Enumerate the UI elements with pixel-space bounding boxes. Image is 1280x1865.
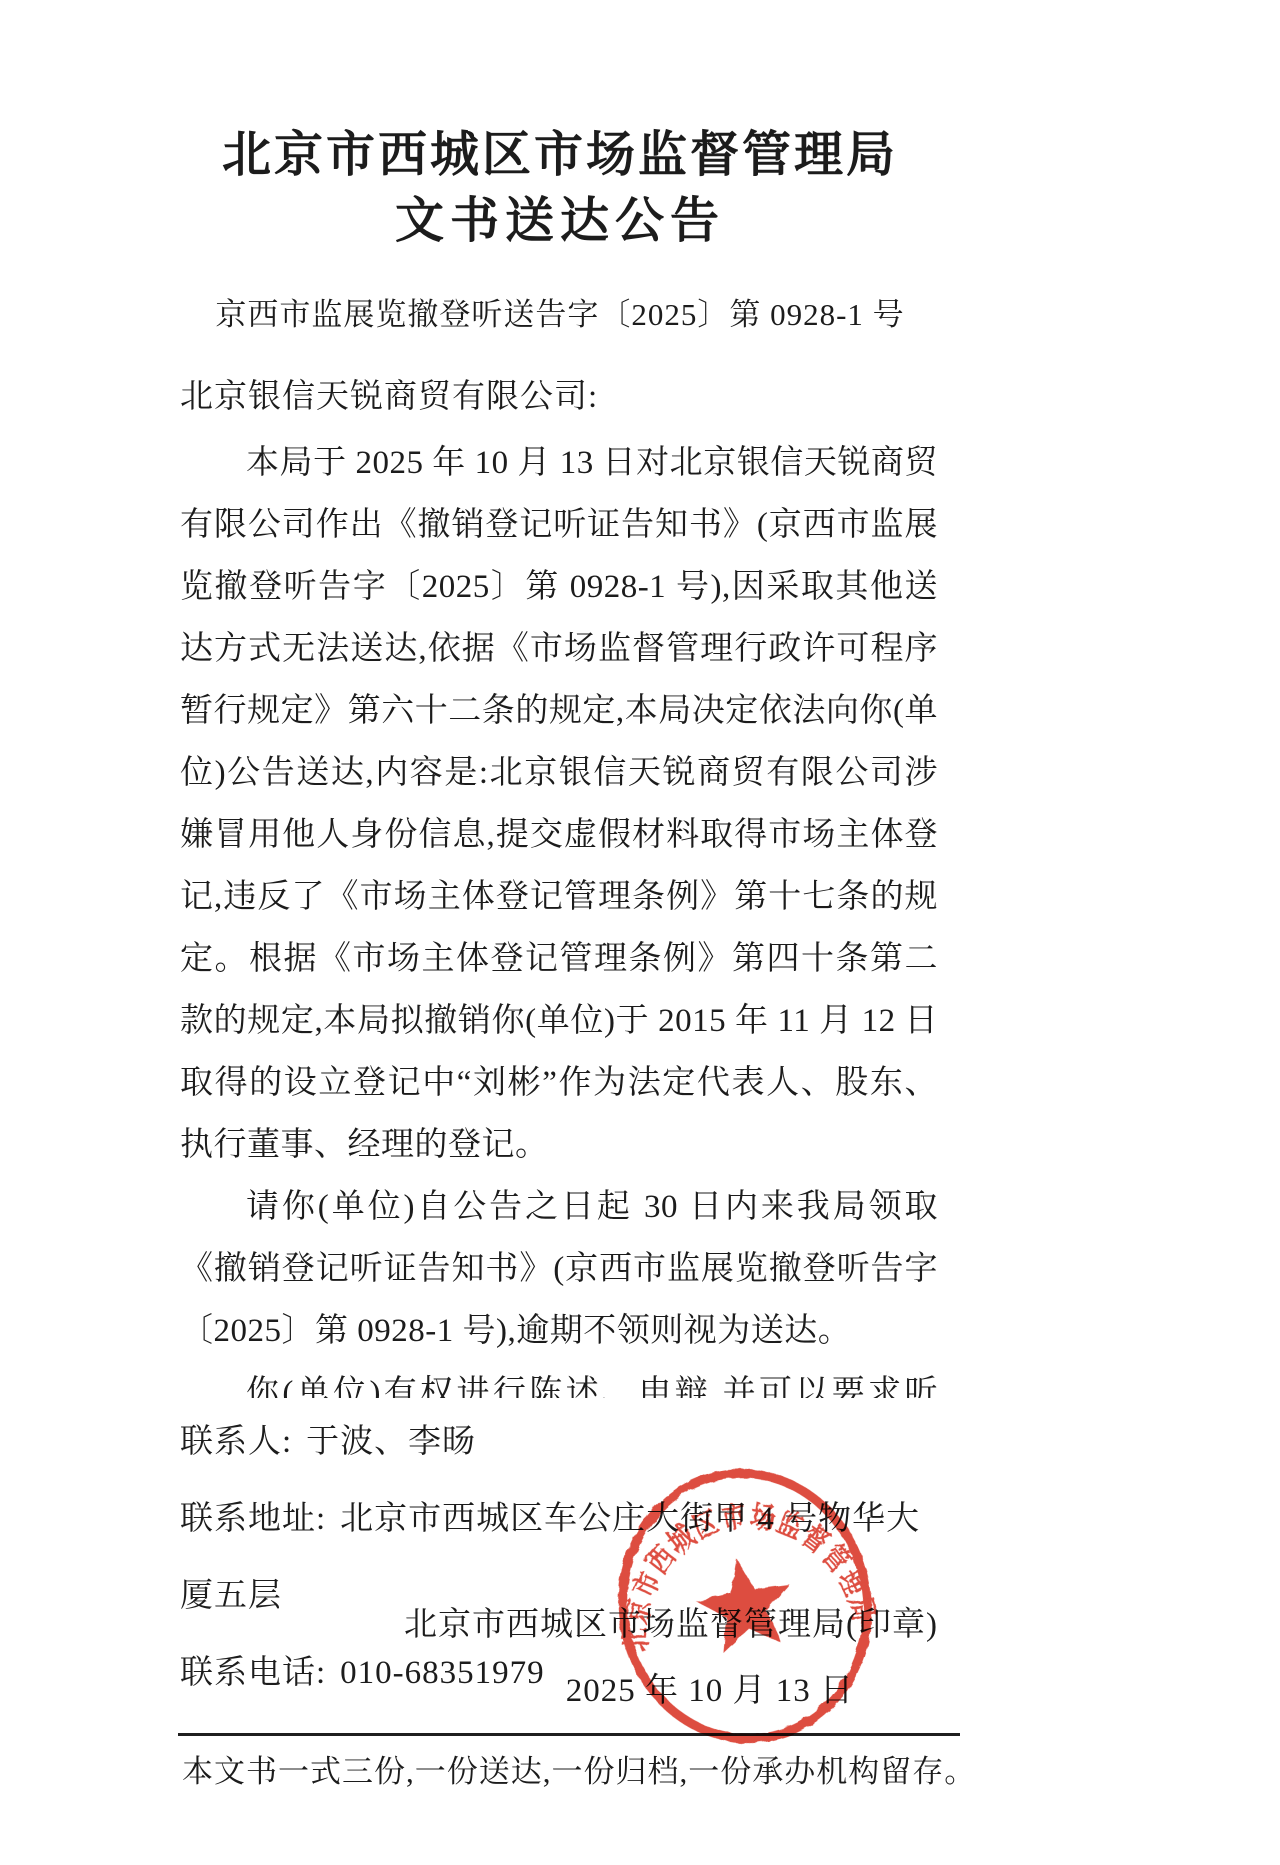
signature-date: 2025 年 10 月 13 日	[180, 1664, 854, 1711]
signature-issuer: 北京市西城区市场监督管理局(印章)	[180, 1598, 938, 1645]
contact-person-value: 于波、李旸	[306, 1424, 476, 1460]
contact-person-line: 联系人:于波、李旸	[180, 1404, 938, 1481]
contact-person-label: 联系人:	[180, 1424, 292, 1460]
agency-title: 北京市西城区市场监督管理局	[180, 116, 940, 186]
official-notice-page: 北京市西城区市场监督管理局 文书送达公告 京西市监展览撤登听送告字〔2025〕第…	[0, 0, 1280, 1865]
notice-body: 本局于 2025 年 10 月 13 日对北京银信天锐商贸有限公司作出《撤销登记…	[180, 432, 938, 1398]
body-paragraph-1: 本局于 2025 年 10 月 13 日对北京银信天锐商贸有限公司作出《撤销登记…	[180, 432, 938, 1176]
contact-address-label: 联系地址:	[180, 1501, 326, 1537]
body-paragraph-3: 你(单位)有权进行陈述、申辩,并可以要求听证。自收到本告知书之日起五个工作日内未…	[180, 1362, 938, 1398]
document-title: 文书送达公告	[180, 182, 940, 252]
footer-divider	[178, 1733, 960, 1736]
document-number: 京西市监展览撤登听送告字〔2025〕第 0928-1 号	[180, 289, 940, 334]
addressee-line: 北京银信天锐商贸有限公司:	[180, 370, 940, 417]
footer-note: 本文书一式三份,一份送达,一份归档,一份承办机构留存。	[182, 1746, 1082, 1791]
body-paragraph-2: 请你(单位)自公告之日起 30 日内来我局领取《撤销登记听证告知书》(京西市监展…	[180, 1176, 938, 1362]
